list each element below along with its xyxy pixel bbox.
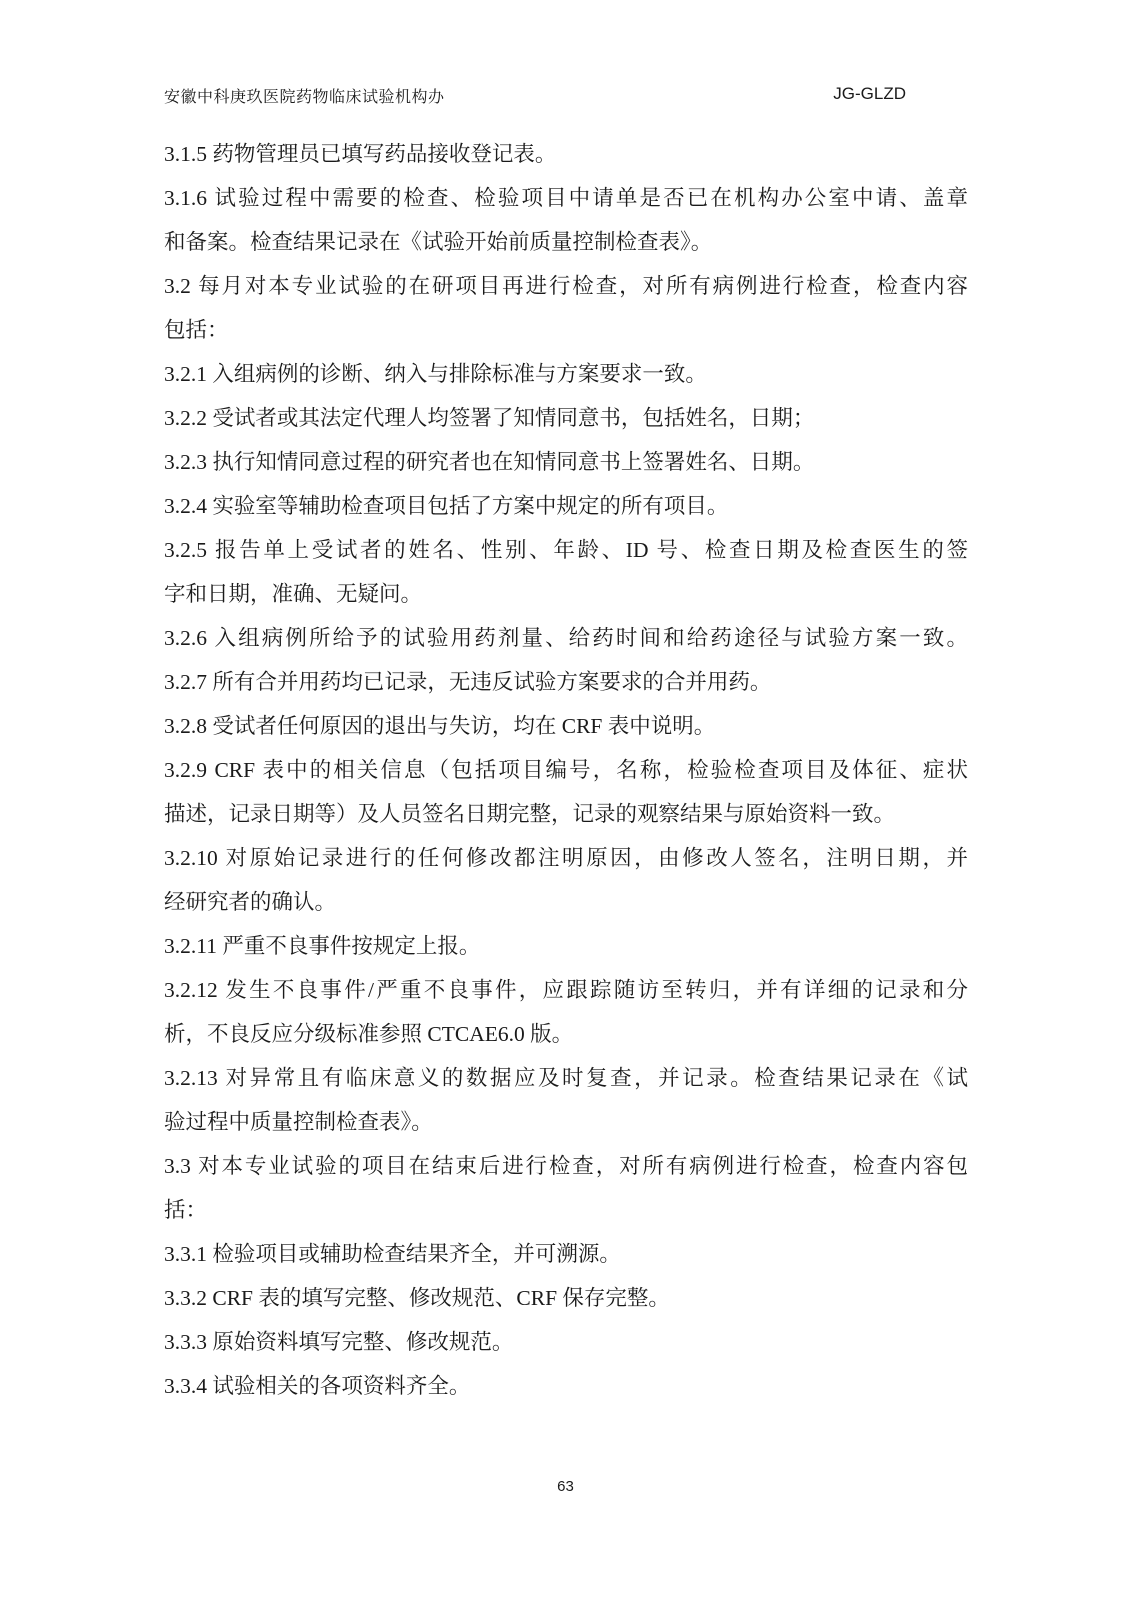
document-line: 3.3.4 试验相关的各项资料齐全。 <box>164 1364 968 1408</box>
document-line: 3.1.6 试验过程中需要的检查、检验项目中请单是否已在机构办公室中请、盖章 <box>164 176 968 220</box>
document-line: 3.3 对本专业试验的项目在结束后进行检查，对所有病例进行检查，检查内容包 <box>164 1144 968 1188</box>
page-number: 63 <box>557 1478 574 1495</box>
document-line: 3.2.12 发生不良事件/严重不良事件，应跟踪随访至转归，并有详细的记录和分 <box>164 968 968 1012</box>
document-line: 3.2.6 入组病例所给予的试验用药剂量、给药时间和给药途径与试验方案一致。 <box>164 616 968 660</box>
document-line: 3.2.7 所有合并用药均已记录，无违反试验方案要求的合并用药。 <box>164 660 968 704</box>
document-line: 3.2.9 CRF 表中的相关信息（包括项目编号，名称，检验检查项目及体征、症状 <box>164 748 968 792</box>
document-line: 3.3.1 检验项目或辅助检查结果齐全，并可溯源。 <box>164 1232 968 1276</box>
document-line: 3.2.4 实验室等辅助检查项目包括了方案中规定的所有项目。 <box>164 484 968 528</box>
document-line: 3.2.10 对原始记录进行的任何修改都注明原因，由修改人签名，注明日期，并 <box>164 836 968 880</box>
document-line: 验过程中质量控制检查表》。 <box>164 1100 968 1144</box>
document-line: 3.2.3 执行知情同意过程的研究者也在知情同意书上签署姓名、日期。 <box>164 440 968 484</box>
document-line: 3.3.3 原始资料填写完整、修改规范。 <box>164 1320 968 1364</box>
document-line: 3.3.2 CRF 表的填写完整、修改规范、CRF 保存完整。 <box>164 1276 968 1320</box>
document-line: 3.1.5 药物管理员已填写药品接收登记表。 <box>164 132 968 176</box>
document-line: 3.2.2 受试者或其法定代理人均签署了知情同意书，包括姓名，日期； <box>164 396 968 440</box>
document-line: 经研究者的确认。 <box>164 880 968 924</box>
document-line: 3.2.11 严重不良事件按规定上报。 <box>164 924 968 968</box>
document-line: 括： <box>164 1188 968 1232</box>
document-line: 字和日期，准确、无疑问。 <box>164 572 968 616</box>
document-line: 3.2.1 入组病例的诊断、纳入与排除标准与方案要求一致。 <box>164 352 968 396</box>
document-line: 析，不良反应分级标准参照 CTCAE6.0 版。 <box>164 1012 968 1056</box>
document-line: 3.2.8 受试者任何原因的退出与失访，均在 CRF 表中说明。 <box>164 704 968 748</box>
page-header: 安徽中科庚玖医院药物临床试验机构办 JG-GLZD <box>164 84 968 106</box>
header-organization-title: 安徽中科庚玖医院药物临床试验机构办 <box>164 84 445 107</box>
document-line: 和备案。检查结果记录在《试验开始前质量控制检查表》。 <box>164 220 968 264</box>
document-line: 描述，记录日期等）及人员签名日期完整，记录的观察结果与原始资料一致。 <box>164 792 968 836</box>
document-line: 3.2 每月对本专业试验的在研项目再进行检查，对所有病例进行检查，检查内容 <box>164 264 968 308</box>
header-doc-code: JG-GLZD <box>833 84 906 104</box>
document-line: 包括： <box>164 308 968 352</box>
document-line: 3.2.13 对异常且有临床意义的数据应及时复查，并记录。检查结果记录在《试 <box>164 1056 968 1100</box>
document-line: 3.2.5 报告单上受试者的姓名、性别、年龄、ID 号、检查日期及检查医生的签 <box>164 528 968 572</box>
document-body: 3.1.5 药物管理员已填写药品接收登记表。 3.1.6 试验过程中需要的检查、… <box>164 132 968 1408</box>
page-footer: 63 <box>0 1478 1131 1495</box>
document-page: 安徽中科庚玖医院药物临床试验机构办 JG-GLZD 3.1.5 药物管理员已填写… <box>0 0 1131 1600</box>
